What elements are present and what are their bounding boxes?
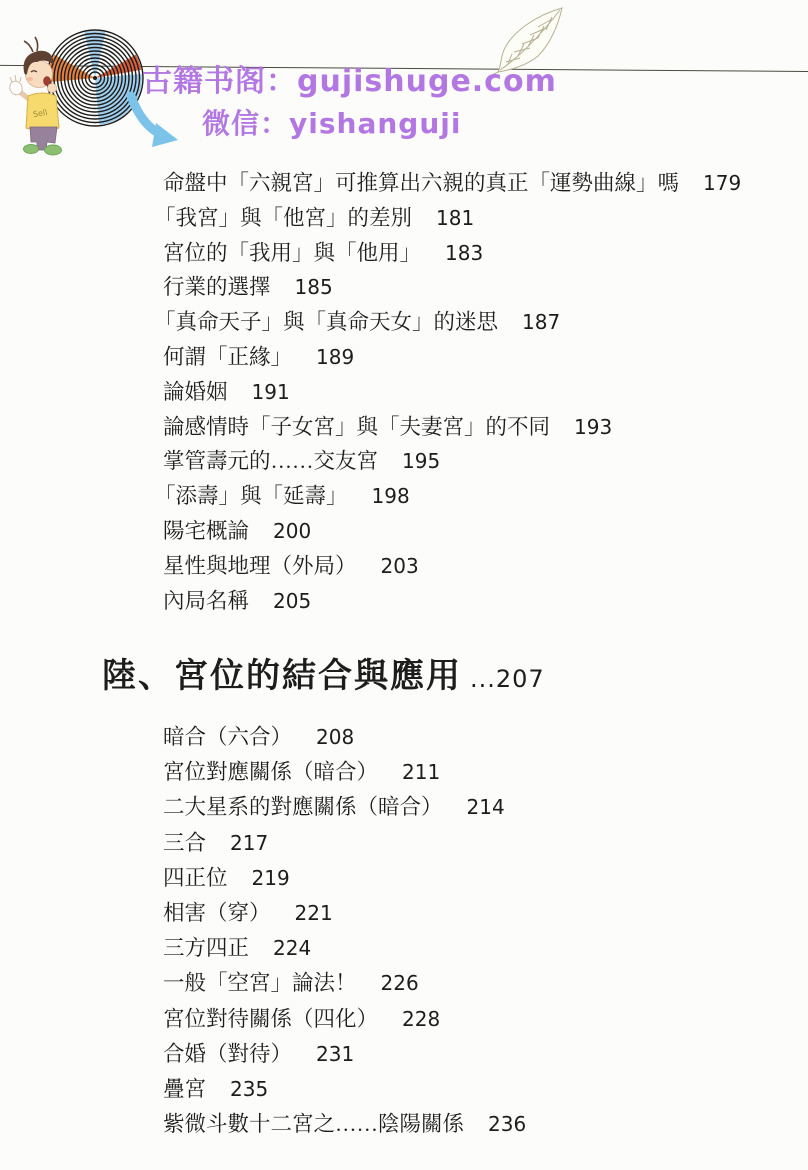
toc-entry-title: 星性與地理（外局） xyxy=(163,554,357,578)
chapter-heading-title: 陸、宮位的結合與應用 xyxy=(102,658,462,695)
toc-entry: 一般「空宮」論法！226 xyxy=(163,966,526,1001)
down-right-arrow-icon xyxy=(131,96,178,147)
toc-entry-title: 宮位的「我用」與「他用」 xyxy=(163,241,421,265)
toc-entry-page: 217 xyxy=(230,831,268,855)
toc-section-1: 命盤中「六親宮」可推算出六親的真正「運勢曲線」嗎179 「我宮」與「他宮」的差別… xyxy=(163,166,741,618)
toc-entry-page: 195 xyxy=(402,449,440,473)
toc-entry: 行業的選擇185 xyxy=(163,270,741,305)
toc-entry: 合婚（對待）231 xyxy=(163,1037,526,1072)
toc-entry-page: 205 xyxy=(273,589,311,613)
toc-entry-page: 200 xyxy=(273,519,311,543)
toc-entry-title: 內局名稱 xyxy=(163,589,249,613)
toc-entry: 宮位對待關係（四化）228 xyxy=(163,1002,526,1037)
toc-entry-title: 三方四正 xyxy=(163,936,249,960)
toc-entry: 「真命天子」與「真命天女」的迷思187 xyxy=(163,305,741,340)
chapter-heading: 陸、宮位的結合與應用...207 xyxy=(102,648,545,697)
toc-entry-title: 「真命天子」與「真命天女」的迷思 xyxy=(154,310,498,334)
toc-entry-title: 行業的選擇 xyxy=(163,275,271,299)
toc-entry: 何謂「正緣」189 xyxy=(163,340,741,375)
toc-entry-page: 235 xyxy=(230,1077,268,1101)
toc-entry: 「添壽」與「延壽」198 xyxy=(163,479,741,514)
toc-entry-page: 198 xyxy=(372,484,410,508)
toc-entry: 相害（穿）221 xyxy=(163,896,526,931)
toc-entry: 星性與地理（外局）203 xyxy=(163,549,741,584)
toc-entry-page: 226 xyxy=(381,971,419,995)
toc-entry-title: 一般「空宮」論法！ xyxy=(163,971,357,995)
toc-entry-title: 論感情時「子女宮」與「夫妻宮」的不同 xyxy=(163,415,550,439)
toc-entry-page: 191 xyxy=(252,380,290,404)
toc-entry-page: 203 xyxy=(381,554,419,578)
toc-section-2: 暗合（六合）208 宮位對應關係（暗合）211 二大星系的對應關係（暗合）214… xyxy=(163,720,526,1142)
toc-entry-page: 181 xyxy=(436,206,474,230)
toc-entry-title: 紫微斗數十二宮之……陰陽關係 xyxy=(163,1112,464,1136)
toc-entry-page: 193 xyxy=(574,415,612,439)
scanned-book-page: Sell 古籍书阁：gujishuge.com 微信：yishanguji 命盤… xyxy=(0,0,808,1170)
toc-entry-title: 二大星系的對應關係（暗合） xyxy=(163,795,443,819)
toc-entry-page: 189 xyxy=(316,345,354,369)
toc-entry-page: 219 xyxy=(252,866,290,890)
toc-entry: 宮位的「我用」與「他用」183 xyxy=(163,236,741,271)
toc-entry-title: 陽宅概論 xyxy=(163,519,249,543)
toc-entry: 掌管壽元的……交友宮195 xyxy=(163,444,741,479)
watermark-wechat: 微信：yishanguji xyxy=(202,102,461,142)
toc-entry-title: 四正位 xyxy=(163,866,228,890)
toc-entry-page: 183 xyxy=(445,241,483,265)
toc-entry: 四正位219 xyxy=(163,861,526,896)
toc-entry-title: 疊宮 xyxy=(163,1077,206,1101)
toc-entry: 「我宮」與「他宮」的差別181 xyxy=(163,201,741,236)
toc-entry: 陽宅概論200 xyxy=(163,514,741,549)
toc-entry-title: 宮位對待關係（四化） xyxy=(163,1007,378,1031)
toc-entry-page: 221 xyxy=(295,901,333,925)
toc-entry-page: 231 xyxy=(316,1042,354,1066)
toc-entry-page: 185 xyxy=(295,275,333,299)
toc-entry: 二大星系的對應關係（暗合）214 xyxy=(163,790,526,825)
toc-entry-page: 208 xyxy=(316,725,354,749)
toc-entry-title: 相害（穿） xyxy=(163,901,271,925)
toc-entry-page: 214 xyxy=(467,795,505,819)
toc-entry-page: 228 xyxy=(402,1007,440,1031)
toc-entry-page: 179 xyxy=(703,171,741,195)
toc-entry-title: 「我宮」與「他宮」的差別 xyxy=(154,206,412,230)
toc-entry: 宮位對應關係（暗合）211 xyxy=(163,755,526,790)
toc-entry-title: 論婚姻 xyxy=(163,380,228,404)
toc-entry-page: 236 xyxy=(488,1112,526,1136)
toc-entry-title: 合婚（對待） xyxy=(163,1042,292,1066)
toc-entry: 三方四正224 xyxy=(163,931,526,966)
concentric-rings-icon xyxy=(47,30,143,126)
toc-entry-page: 187 xyxy=(522,310,560,334)
toc-entry-page: 224 xyxy=(273,936,311,960)
toc-entry: 論感情時「子女宮」與「夫妻宮」的不同193 xyxy=(163,410,741,445)
toc-entry-title: 宮位對應關係（暗合） xyxy=(163,760,378,784)
toc-entry: 內局名稱205 xyxy=(163,584,741,619)
toc-entry-title: 命盤中「六親宮」可推算出六親的真正「運勢曲線」嗎 xyxy=(163,171,679,195)
toc-entry-page: 211 xyxy=(402,760,440,784)
toc-entry: 論婚姻191 xyxy=(163,375,741,410)
chapter-heading-page: ...207 xyxy=(470,665,545,693)
toc-entry-title: 何謂「正緣」 xyxy=(163,345,292,369)
toc-entry-title: 「添壽」與「延壽」 xyxy=(154,484,348,508)
toc-entry: 疊宮235 xyxy=(163,1072,526,1107)
toc-entry: 暗合（六合）208 xyxy=(163,720,526,755)
toc-entry: 三合217 xyxy=(163,826,526,861)
toc-entry-title: 三合 xyxy=(163,831,206,855)
toc-entry-title: 暗合（六合） xyxy=(163,725,292,749)
toc-entry: 紫微斗數十二宮之……陰陽關係236 xyxy=(163,1107,526,1142)
toc-entry-title: 掌管壽元的……交友宮 xyxy=(163,449,378,473)
watermark-site: 古籍书阁：gujishuge.com xyxy=(142,56,557,100)
toc-entry: 命盤中「六親宮」可推算出六親的真正「運勢曲線」嗎179 xyxy=(163,166,741,201)
